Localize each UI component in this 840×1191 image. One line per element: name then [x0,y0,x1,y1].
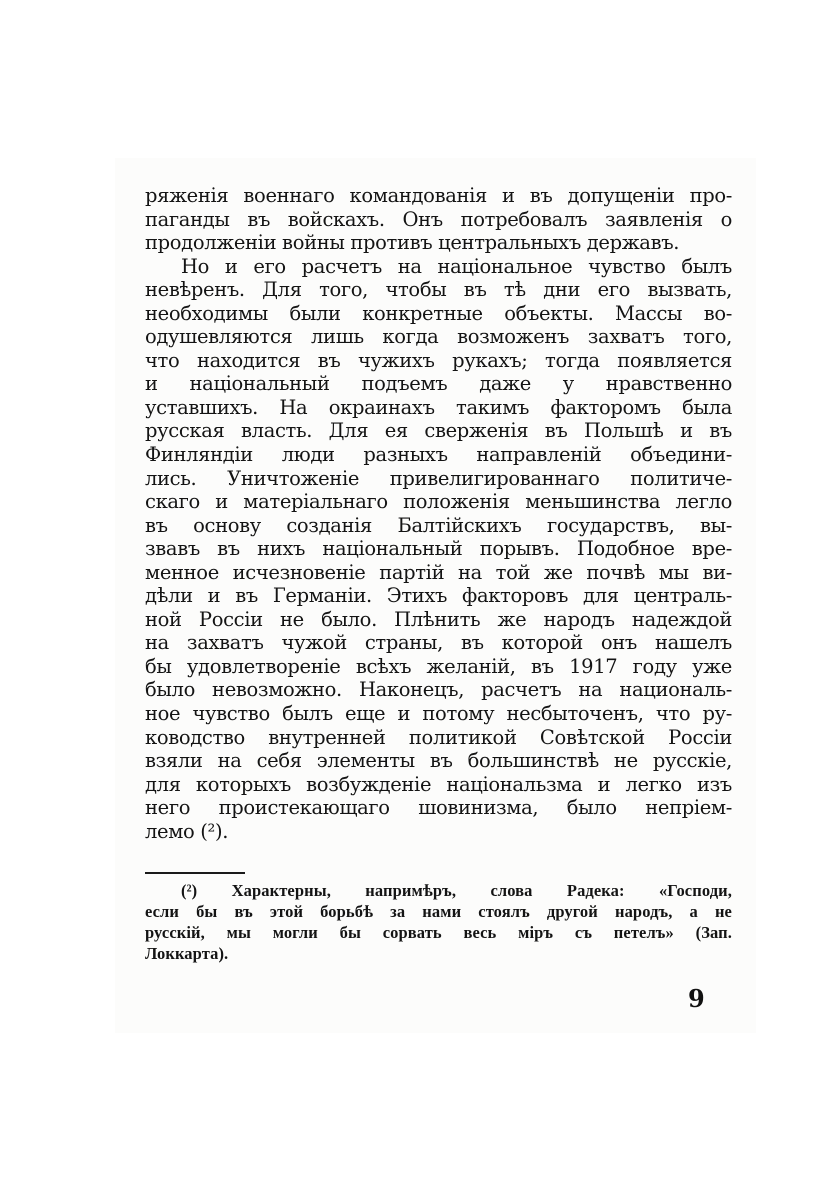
footnote-divider [145,872,245,874]
text-line: паганды въ войскахъ. Онъ потребовалъ зая… [145,208,732,232]
text-line: скаго и матеріальнаго положенія меньшинс… [145,490,732,514]
text-line: ное чувство былъ еще и потому несбыточен… [145,702,732,726]
footnote-line: (²) Характерны, напримѣръ, слова Радека:… [145,880,732,901]
footnote-line: русскій, мы могли бы сорвать весь міръ с… [145,922,732,943]
text-line: что находится въ чужихъ рукахъ; тогда по… [145,349,732,373]
footnote-line: если бы въ этой борьбѣ за нами стоялъ др… [145,901,732,922]
footnote-line: Локкарта). [145,943,732,964]
page-number: 9 [688,984,705,1013]
text-line: невѣренъ. Для того, чтобы въ тѣ дни его … [145,278,732,302]
text-line: Финляндіи люди разныхъ направленій объед… [145,443,732,467]
text-line: на захватъ чужой страны, въ которой онъ … [145,631,732,655]
text-line: ряженія военнаго командованія и въ допущ… [145,184,732,208]
text-line: ной Россіи не было. Плѣнить же народъ на… [145,608,732,632]
text-line: него проистекающаго шовинизма, было непр… [145,796,732,820]
body-text: ряженія военнаго командованія и въ допущ… [145,184,732,843]
text-line: русская власть. Для ея сверженія въ Поль… [145,419,732,443]
text-line: звавъ въ нихъ національный порывъ. Подоб… [145,537,732,561]
text-line: было невозможно. Наконецъ, расчетъ на на… [145,678,732,702]
book-page: ряженія военнаго командованія и въ допущ… [115,158,756,1033]
text-line: дѣли и въ Германіи. Этихъ факторовъ для … [145,584,732,608]
text-line: уставшихъ. На окраинахъ такимъ факторомъ… [145,396,732,420]
text-line: одушевляются лишь когда возможенъ захват… [145,325,732,349]
text-line: для которыхъ возбужденіе національзма и … [145,773,732,797]
paragraph-start-line: Но и его расчетъ на національное чувство… [145,255,732,279]
text-line: продолженіи войны противъ центральныхъ д… [145,231,732,255]
footnote: (²) Характерны, напримѣръ, слова Радека:… [145,880,732,964]
text-line: менное исчезновеніе партій на той же поч… [145,561,732,585]
text-line: бы удовлетвореніе всѣхъ желаній, въ 1917… [145,655,732,679]
text-line: лемо (²). [145,820,732,844]
text-line: взяли на себя элементы въ большинствѣ не… [145,749,732,773]
text-line: лись. Уничтоженіе привелигированнаго пол… [145,467,732,491]
text-line: ководство внутренней политикой Совѣтской… [145,726,732,750]
text-line: необходимы были конкретные объекты. Масс… [145,302,732,326]
text-line: въ основу созданія Балтійскихъ государст… [145,514,732,538]
text-line: и національный подъемъ даже у нравственн… [145,372,732,396]
